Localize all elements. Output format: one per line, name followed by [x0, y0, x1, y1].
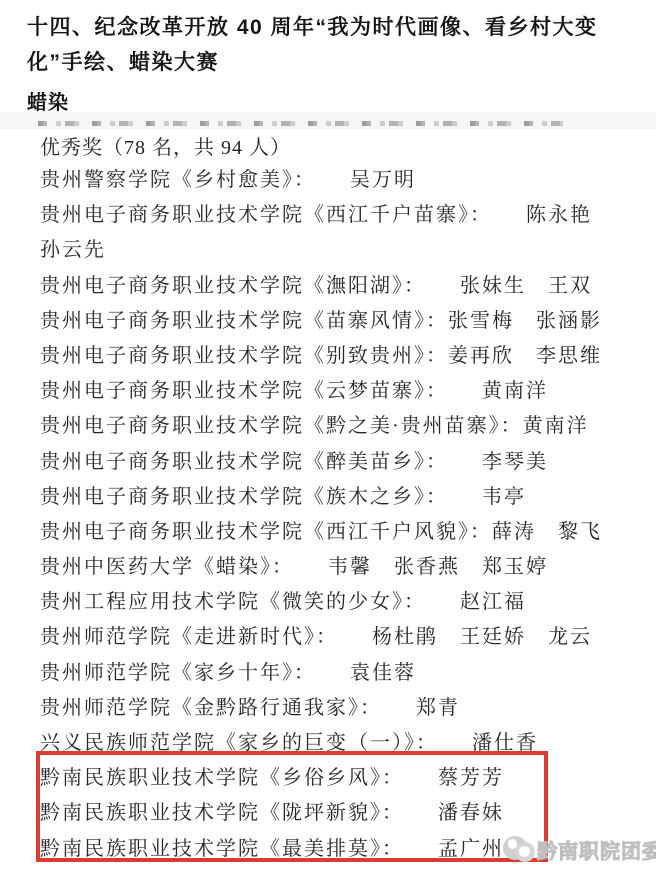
- page-title-line1: 十四、纪念改革开放 40 周年“我为时代画像、看乡村大变: [27, 16, 598, 39]
- list-row: 贵州电子商务职业技术学院《醉美苗乡》： 李琴美: [40, 445, 640, 480]
- list-row: 贵州电子商务职业技术学院《潕阳湖》： 张妹生 王双: [40, 269, 640, 304]
- list-row: 贵州电子商务职业技术学院《族木之乡》： 韦亭: [40, 480, 640, 515]
- mascot-logo-icon: [503, 833, 537, 865]
- list-row-continuation: 孙云先: [40, 233, 640, 268]
- page-title-line2: 化”手绘、蜡染大赛: [27, 51, 219, 74]
- list-row: 兴义民族师范学院《家乡的巨变（一）》： 潘仕香: [40, 726, 640, 761]
- list-row: 贵州工程应用技术学院《微笑的少女》： 赵江福: [40, 585, 640, 620]
- list-row: 贵州电子商务职业技术学院《别致贵州》：姜再欣 李思维: [40, 339, 640, 374]
- award-header: 优秀奖（78 名，共 94 人）: [40, 131, 291, 160]
- mascot-logo-shape: [519, 846, 530, 857]
- winner-list: 贵州警察学院《乡村愈美》： 吴万明 贵州电子商务职业技术学院《西江千户苗寨》： …: [40, 163, 640, 867]
- cropped-text-artifact: [38, 121, 563, 126]
- list-row: 贵州电子商务职业技术学院《西江千户风貌》：薛涛 黎飞: [40, 515, 640, 550]
- list-row: 贵州中医药大学《蜡染》： 韦馨 张香燕 郑玉婷: [40, 550, 640, 585]
- list-row: 贵州师范学院《金黔路行通我家》： 郑青: [40, 691, 640, 726]
- list-row: 贵州警察学院《乡村愈美》： 吴万明: [40, 163, 640, 198]
- list-row-highlighted: 黔南民族职业技术学院《陇坪新貌》： 潘春妹: [40, 796, 640, 831]
- list-row: 贵州电子商务职业技术学院《黔之美·贵州苗寨》：黄南洋: [40, 409, 640, 444]
- list-row: 贵州电子商务职业技术学院《云梦苗寨》： 黄南洋: [40, 374, 640, 409]
- list-row-highlighted: 黔南民族职业技术学院《乡俗乡风》： 蔡芳芳: [40, 761, 640, 796]
- watermark: 黔南职院团委: [503, 833, 656, 865]
- list-row: 贵州师范学院《家乡十年》： 袁佳蓉: [40, 656, 640, 691]
- list-row: 贵州电子商务职业技术学院《苗寨风情》：张雪梅 张涵影: [40, 304, 640, 339]
- list-row: 贵州师范学院《走进新时代》： 杨杜鹃 王廷娇 龙云: [40, 620, 640, 655]
- mascot-logo-shape: [508, 839, 517, 849]
- section-heading: 蜡染: [27, 86, 69, 115]
- watermark-text: 黔南职院团委: [537, 835, 656, 864]
- page-title: 十四、纪念改革开放 40 周年“我为时代画像、看乡村大变化”手绘、蜡染大赛: [27, 10, 598, 80]
- list-row: 贵州电子商务职业技术学院《西江千户苗寨》： 陈永艳: [40, 198, 640, 233]
